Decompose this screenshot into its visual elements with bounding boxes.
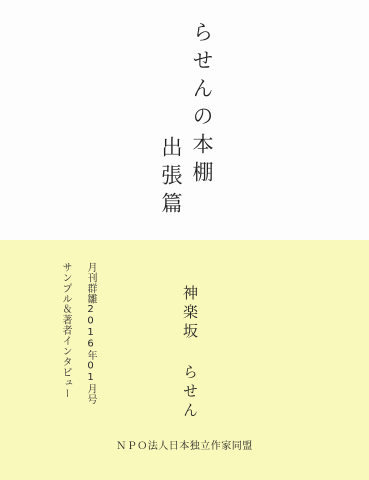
book-title-line2: 出張篇 (156, 136, 186, 220)
magazine-issue: 月刊群雛2016年01月号 (85, 262, 96, 405)
author-name: 神楽坂 らせん (180, 285, 201, 421)
book-title-line1: らせんの本棚 (187, 21, 217, 189)
magazine-info: 月刊群雛2016年01月号 サンプル＆著者インタビュー (60, 262, 96, 405)
book-cover: らせんの本棚 出張篇 神楽坂 らせん 月刊群雛2016年01月号 サンプル＆著者… (0, 0, 369, 480)
publisher-name: ＮＰＯ法人日本独立作家同盟 (0, 437, 369, 452)
magazine-note: サンプル＆著者インタビュー (60, 262, 71, 405)
